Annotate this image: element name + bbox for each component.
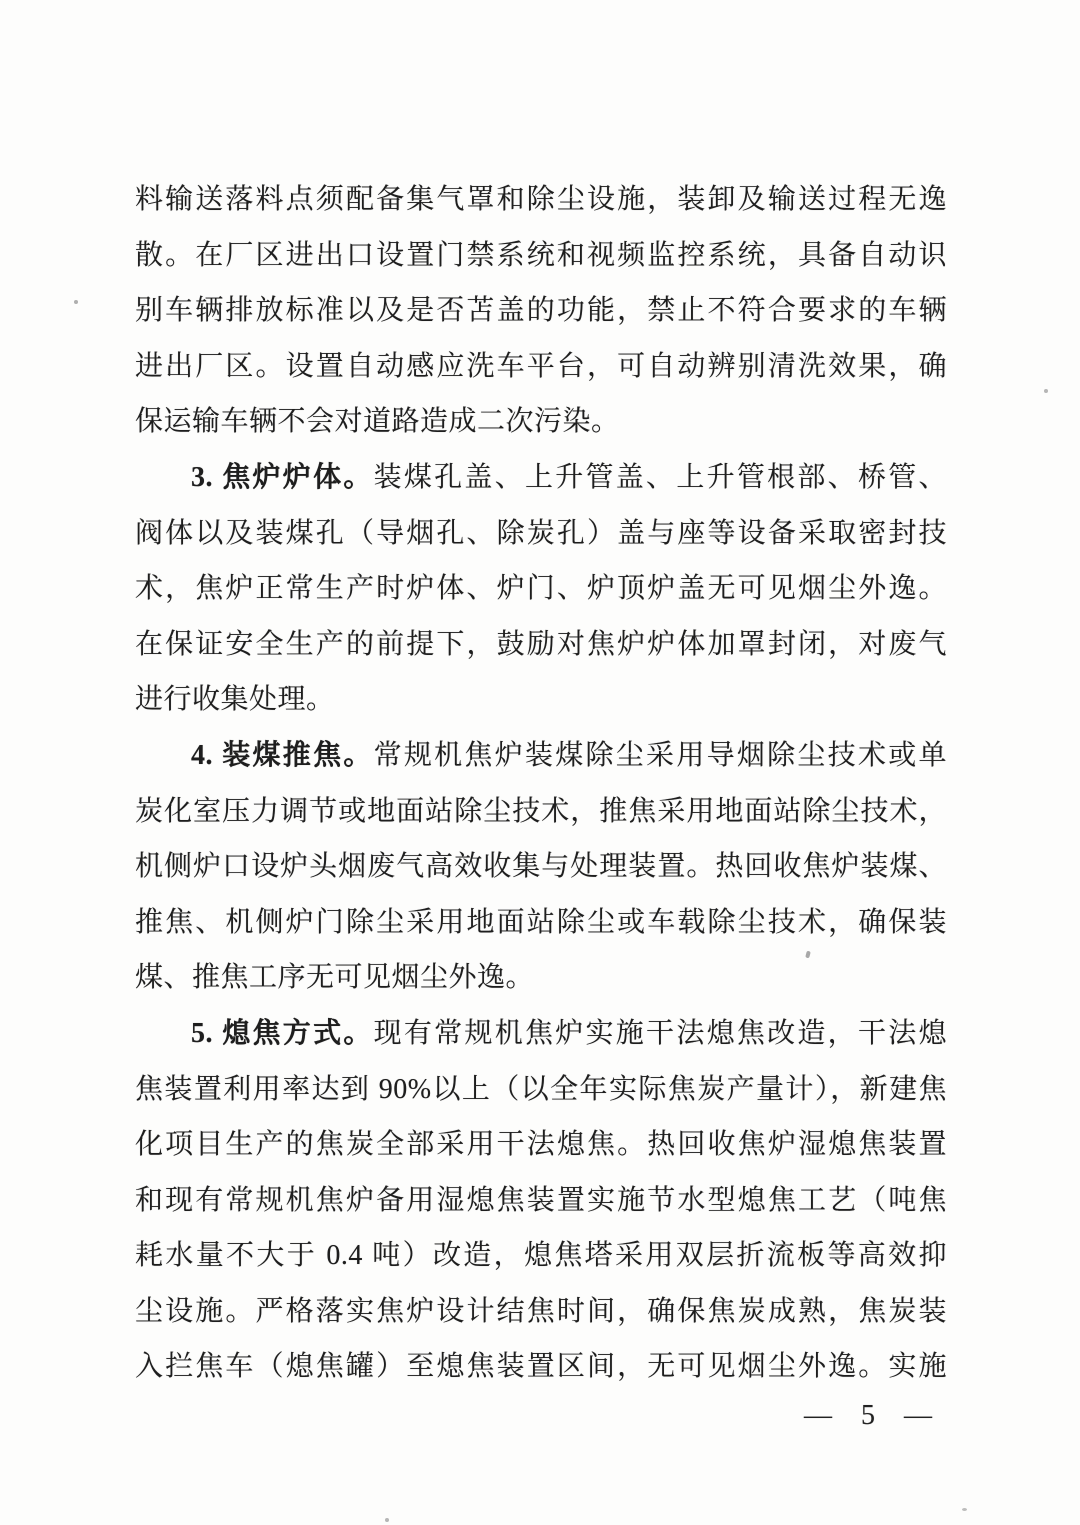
section-heading: 3. 焦炉炉体。: [191, 462, 374, 493]
text-line: 3. 焦炉炉体。装煤孔盖、上升管盖、上升管根部、桥管、: [135, 450, 947, 506]
document-page: 料输送落料点须配备集气罩和除尘设施，装卸及输送过程无逸散。在厂区进出口设置门禁系…: [0, 0, 1080, 1525]
text-line: 阀体以及装煤孔（导烟孔、除炭孔）盖与座等设备采取密封技: [135, 506, 947, 562]
text-run: 在保证安全生产的前提下，鼓励对焦炉炉体加罩封闭，对废气: [135, 629, 947, 660]
text-line: 术，焦炉正常生产时炉体、炉门、炉顶炉盖无可见烟尘外逸。: [135, 561, 947, 617]
text-line: 尘设施。严格落实焦炉设计结焦时间，确保焦炭成熟，焦炭装: [135, 1284, 947, 1340]
text-run: 保运输车辆不会对道路造成二次污染。: [135, 406, 620, 437]
text-line: 在保证安全生产的前提下，鼓励对焦炉炉体加罩封闭，对废气: [135, 617, 947, 673]
text-line: 保运输车辆不会对道路造成二次污染。: [135, 394, 947, 450]
paragraph-3-coke-oven-body: 3. 焦炉炉体。装煤孔盖、上升管盖、上升管根部、桥管、阀体以及装煤孔（导烟孔、除…: [135, 450, 947, 728]
section-heading: 4. 装煤推焦。: [191, 740, 374, 771]
text-line: 机侧炉口设炉头烟废气高效收集与处理装置。热回收焦炉装煤、: [135, 839, 947, 895]
text-run: 焦装置利用率达到 90%以上（以全年实际焦炭产量计），新建焦: [135, 1074, 947, 1105]
text-line: 散。在厂区进出口设置门禁系统和视频监控系统，具备自动识: [135, 228, 947, 284]
text-run: 别车辆排放标准以及是否苫盖的功能，禁止不符合要求的车辆: [135, 295, 947, 326]
text-line: 入拦焦车（熄焦罐）至熄焦装置区间，无可见烟尘外逸。实施: [135, 1339, 947, 1395]
text-line: 耗水量不大于 0.4 吨）改造，熄焦塔采用双层折流板等高效抑: [135, 1228, 947, 1284]
scan-speck: [962, 1508, 967, 1511]
text-line: 焦装置利用率达到 90%以上（以全年实际焦炭产量计），新建焦: [135, 1062, 947, 1118]
paragraph-4-coal-charging-coke-pushing: 4. 装煤推焦。常规机焦炉装煤除尘采用导烟除尘技术或单炭化室压力调节或地面站除尘…: [135, 728, 947, 1006]
document-body: 料输送落料点须配备集气罩和除尘设施，装卸及输送过程无逸散。在厂区进出口设置门禁系…: [135, 172, 947, 1395]
text-line: 进行收集处理。: [135, 672, 947, 728]
text-run: 阀体以及装煤孔（导烟孔、除炭孔）盖与座等设备采取密封技: [135, 518, 947, 549]
text-line: 料输送落料点须配备集气罩和除尘设施，装卸及输送过程无逸: [135, 172, 947, 228]
scan-speck: [1044, 389, 1048, 393]
text-run: 进行收集处理。: [135, 684, 335, 715]
text-run: 术，焦炉正常生产时炉体、炉门、炉顶炉盖无可见烟尘外逸。: [135, 573, 947, 604]
text-line: 推焦、机侧炉门除尘采用地面站除尘或车载除尘技术，确保装: [135, 895, 947, 951]
text-line: 4. 装煤推焦。常规机焦炉装煤除尘采用导烟除尘技术或单: [135, 728, 947, 784]
page-number: — 5 —: [804, 1396, 932, 1436]
text-run: 进出厂区。设置自动感应洗车平台，可自动辨别清洗效果，确: [135, 351, 947, 382]
paragraph-5-coke-quenching-method: 5. 熄焦方式。现有常规机焦炉实施干法熄焦改造，干法熄焦装置利用率达到 90%以…: [135, 1006, 947, 1395]
text-run: 炭化室压力调节或地面站除尘技术，推焦采用地面站除尘技术，: [135, 796, 947, 827]
text-run: 推焦、机侧炉门除尘采用地面站除尘或车载除尘技术，确保装: [135, 907, 947, 938]
text-run: 料输送落料点须配备集气罩和除尘设施，装卸及输送过程无逸: [135, 184, 947, 215]
text-line: 煤、推焦工序无可见烟尘外逸。: [135, 950, 947, 1006]
text-run: 和现有常规机焦炉备用湿熄焦装置实施节水型熄焦工艺（吨焦: [135, 1185, 947, 1216]
scan-speck: [74, 300, 78, 304]
text-run: 尘设施。严格落实焦炉设计结焦时间，确保焦炭成熟，焦炭装: [135, 1296, 947, 1327]
text-line: 和现有常规机焦炉备用湿熄焦装置实施节水型熄焦工艺（吨焦: [135, 1173, 947, 1229]
text-run: 耗水量不大于 0.4 吨）改造，熄焦塔采用双层折流板等高效抑: [135, 1240, 947, 1271]
text-run: 煤、推焦工序无可见烟尘外逸。: [135, 962, 534, 993]
text-line: 进出厂区。设置自动感应洗车平台，可自动辨别清洗效果，确: [135, 339, 947, 395]
scan-speck: [385, 1518, 389, 1522]
text-run: 机侧炉口设炉头烟废气高效收集与处理装置。热回收焦炉装煤、: [135, 851, 947, 882]
text-run: 常规机焦炉装煤除尘采用导烟除尘技术或单: [374, 740, 947, 771]
text-line: 炭化室压力调节或地面站除尘技术，推焦采用地面站除尘技术，: [135, 784, 947, 840]
text-run: 散。在厂区进出口设置门禁系统和视频监控系统，具备自动识: [135, 240, 947, 271]
section-heading: 5. 熄焦方式。: [191, 1018, 374, 1049]
paragraph-continuation-transport-dust-control: 料输送落料点须配备集气罩和除尘设施，装卸及输送过程无逸散。在厂区进出口设置门禁系…: [135, 172, 947, 450]
text-run: 装煤孔盖、上升管盖、上升管根部、桥管、: [374, 462, 947, 493]
text-run: 现有常规机焦炉实施干法熄焦改造，干法熄: [374, 1018, 947, 1049]
text-line: 别车辆排放标准以及是否苫盖的功能，禁止不符合要求的车辆: [135, 283, 947, 339]
text-line: 5. 熄焦方式。现有常规机焦炉实施干法熄焦改造，干法熄: [135, 1006, 947, 1062]
text-line: 化项目生产的焦炭全部采用干法熄焦。热回收焦炉湿熄焦装置: [135, 1117, 947, 1173]
text-run: 化项目生产的焦炭全部采用干法熄焦。热回收焦炉湿熄焦装置: [135, 1129, 947, 1160]
text-run: 入拦焦车（熄焦罐）至熄焦装置区间，无可见烟尘外逸。实施: [135, 1351, 947, 1382]
